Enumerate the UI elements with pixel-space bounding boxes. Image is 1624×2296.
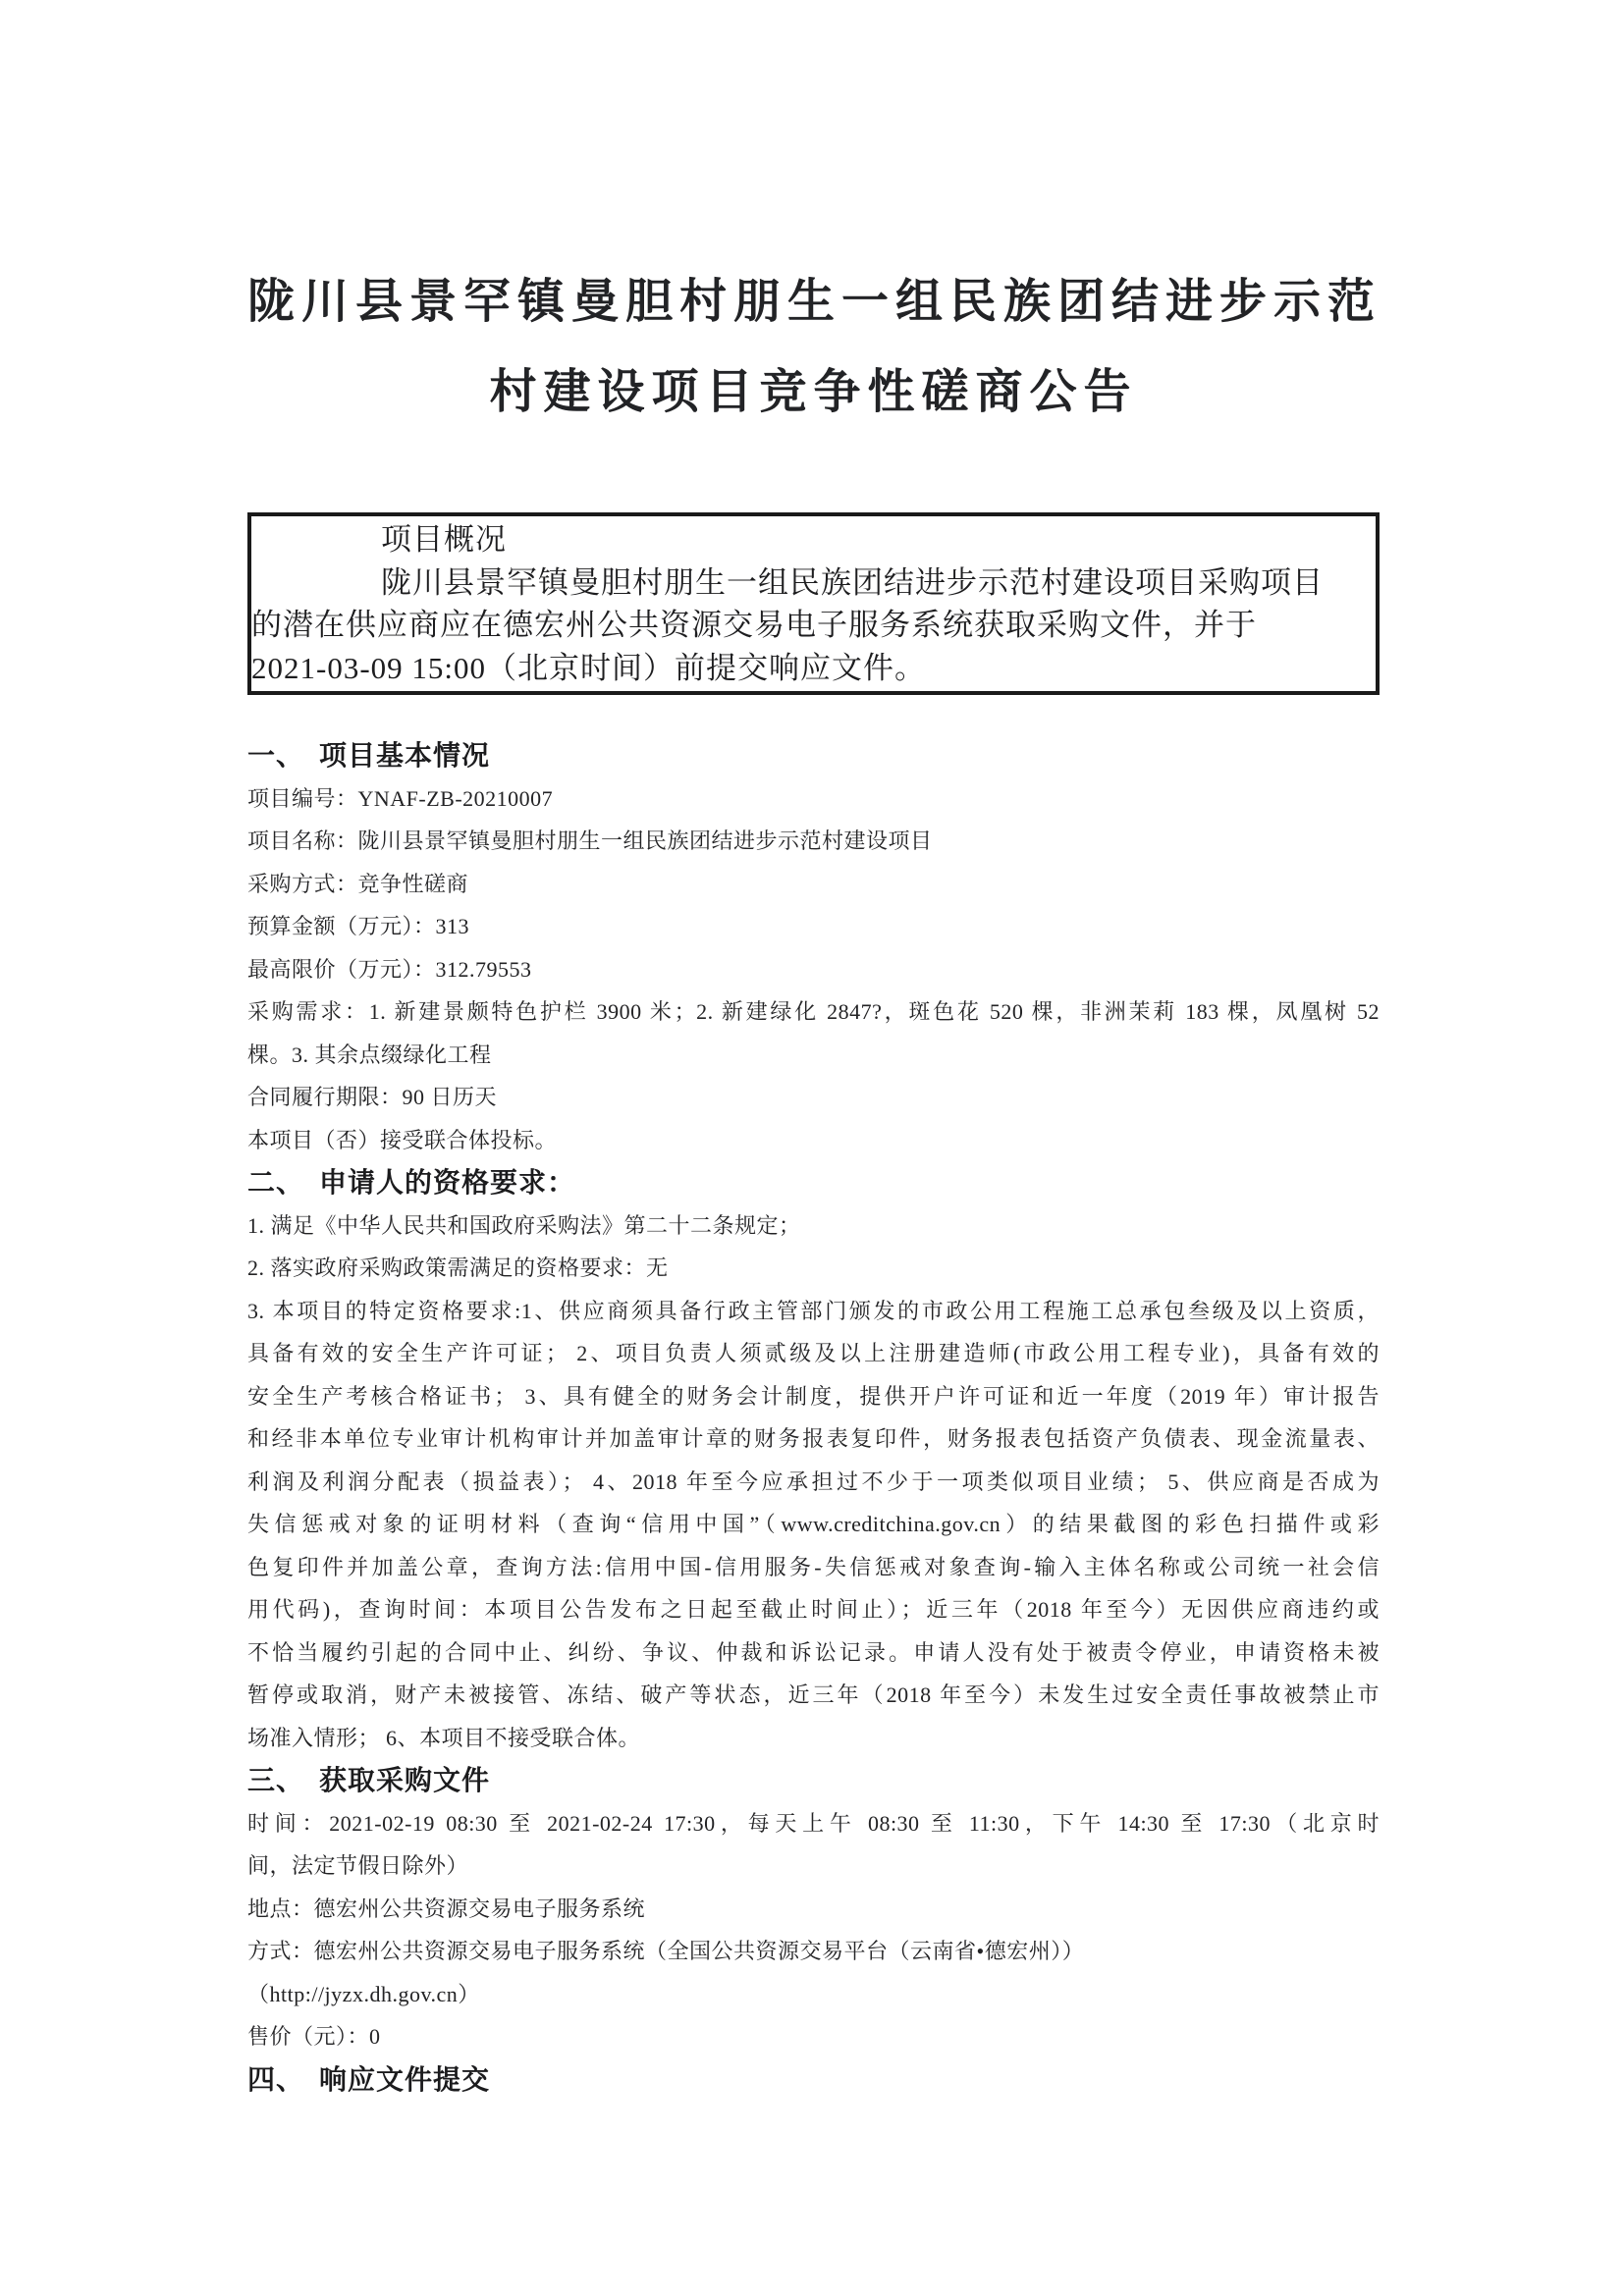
section-4-heading: 四、 响应文件提交 xyxy=(247,2058,1380,2102)
field-project-number: 项目编号：YNAF-ZB-20210007 xyxy=(247,777,1380,821)
field-procurement-method: 采购方式：竞争性磋商 xyxy=(247,863,1380,906)
section-3-heading: 三、 获取采购文件 xyxy=(247,1759,1380,1802)
document-body: 一、 项目基本情况 项目编号：YNAF-ZB-20210007 项目名称：陇川县… xyxy=(247,734,1380,2101)
project-overview-box: 项目概况 陇川县景罕镇曼胆村朋生一组民族团结进步示范村建设项目采购项目的潜在供应… xyxy=(247,512,1380,695)
field-budget-amount: 预算金额（万元）：313 xyxy=(247,905,1380,948)
document-title: 陇川县景罕镇曼胆村朋生一组民族团结进步示范 村建设项目竞争性磋商公告 xyxy=(247,0,1380,438)
document-title-line2: 村建设项目竞争性磋商公告 xyxy=(247,347,1380,438)
overview-body: 陇川县景罕镇曼胆村朋生一组民族团结进步示范村建设项目采购项目的潜在供应商应在德宏… xyxy=(251,561,1376,690)
section-1-heading: 一、 项目基本情况 xyxy=(247,734,1380,777)
field-location: 地点：德宏州公共资源交易电子服务系统 xyxy=(247,1888,1380,1931)
field-procurement-requirements: 采购需求：1. 新建景颇特色护栏 3900 米；2. 新建绿化 2847?，斑色… xyxy=(247,990,1380,1076)
qualification-item-3: 3. 本项目的特定资格要求:1、供应商须具备行政主管部门颁发的市政公用工程施工总… xyxy=(247,1290,1380,1760)
qualification-item-2: 2. 落实政府采购政策需满足的资格要求：无 xyxy=(247,1247,1380,1290)
field-max-price: 最高限价（万元）：312.79553 xyxy=(247,948,1380,991)
field-url: （http://jyzx.dh.gov.cn） xyxy=(247,1973,1380,2016)
field-project-name: 项目名称：陇川县景罕镇曼胆村朋生一组民族团结进步示范村建设项目 xyxy=(247,820,1380,863)
field-time: 时间：2021-02-19 08:30 至 2021-02-24 17:30，每… xyxy=(247,1802,1380,1888)
field-price: 售价（元）：0 xyxy=(247,2015,1380,2058)
page-content: 陇川县景罕镇曼胆村朋生一组民族团结进步示范 村建设项目竞争性磋商公告 项目概况 … xyxy=(247,0,1380,2101)
field-method: 方式：德宏州公共资源交易电子服务系统（全国公共资源交易平台（云南省•德宏州）） xyxy=(247,1930,1380,1973)
field-contract-period: 合同履行期限：90 日历天 xyxy=(247,1076,1380,1119)
document-page: { "document": { "title": { "line1": "陇川县… xyxy=(0,0,1624,2296)
qualification-item-1: 1. 满足《中华人民共和国政府采购法》第二十二条规定； xyxy=(247,1204,1380,1248)
overview-heading: 项目概况 xyxy=(251,518,1376,561)
field-joint-bid: 本项目（否）接受联合体投标。 xyxy=(247,1119,1380,1162)
document-title-line1: 陇川县景罕镇曼胆村朋生一组民族团结进步示范 xyxy=(247,257,1380,347)
section-2-heading: 二、 申请人的资格要求： xyxy=(247,1161,1380,1204)
